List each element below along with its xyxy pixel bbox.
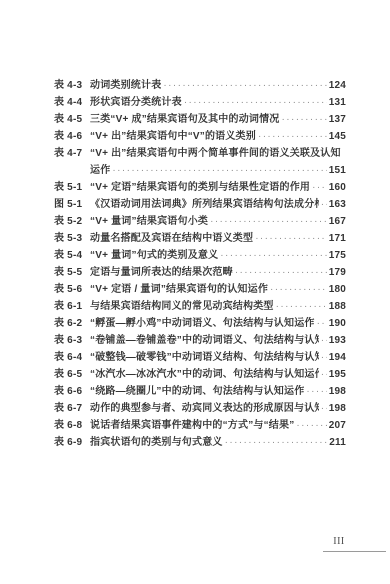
list-of-tables: 表 4-3动词类别统计表····························… — [54, 77, 346, 451]
entry-label: 表 5-2 — [54, 213, 90, 230]
toc-entry: 表 6-5“冰汽水—冰冰汽水”中的动词、句法结构与认知运作···········… — [54, 366, 346, 383]
dot-leader: ········································… — [321, 196, 327, 213]
dot-leader: ········································… — [163, 77, 326, 94]
entry-label: 表 4-7 — [54, 145, 90, 162]
toc-entry: 表 5-5定语与量词所表达的结果次范畴·····················… — [54, 264, 346, 281]
entry-title: “冰汽水—冰冰汽水”中的动词、句法结构与认知运作 — [90, 366, 319, 383]
page-number: III — [329, 536, 349, 547]
toc-entry: 表 5-3动量名搭配及宾语在结构中语义类型···················… — [54, 230, 346, 247]
entry-title: “V+ 出”结果宾语句中两个简单事件间的语义关联及认知 — [90, 145, 346, 162]
entry-title: “破整钱—破零钱”中动词语义结构、句法结构与认知运作 — [90, 349, 319, 366]
toc-entry: 表 4-3动词类别统计表····························… — [54, 77, 346, 94]
entry-body: “V+ 定语 / 量词”结果宾语句的认知运作··················… — [90, 281, 346, 298]
dot-leader: ········································… — [321, 332, 327, 349]
entry-page-number: 167 — [329, 213, 346, 230]
toc-entry: 表 6-4“破整钱—破零钱”中动词语义结构、句法结构与认知运作·········… — [54, 349, 346, 366]
entry-label: 表 6-1 — [54, 298, 90, 315]
dot-leader: ········································… — [225, 434, 328, 451]
entry-title: 《汉语动词用法词典》所列结果宾语结构句法成分构成 — [90, 196, 319, 213]
entry-page-number: 131 — [329, 94, 346, 111]
dot-leader: ········································… — [317, 315, 327, 332]
entry-title: “V+ 量词”结果宾语句小类 — [90, 213, 208, 230]
entry-title: “V+ 出”结果宾语句中“V”的语义类别 — [90, 128, 256, 145]
dot-leader: ········································… — [255, 230, 327, 247]
dot-leader: ········································… — [296, 417, 326, 434]
footer-rule — [323, 551, 386, 552]
entry-body: “卷铺盖—卷铺盖卷”中的动词语义、句法结构与认知运作··············… — [90, 332, 346, 349]
entry-page-number: 190 — [329, 315, 346, 332]
entry-title: 动作的典型参与者、动宾同义表达的形成原因与认知运作 — [90, 400, 319, 417]
entry-page-number: 124 — [329, 77, 346, 94]
entry-title: 与结果宾语结构同义的常见动宾结构类型 — [90, 298, 274, 315]
toc-entry: 表 6-7动作的典型参与者、动宾同义表达的形成原因与认知运作··········… — [54, 400, 346, 417]
entry-label: 图 5-1 — [54, 196, 90, 213]
entry-label: 表 4-3 — [54, 77, 90, 94]
entry-page-number: 151 — [329, 162, 346, 179]
dot-leader: ········································… — [282, 111, 327, 128]
entry-title: “V+ 量词”句式的类别及意义 — [90, 247, 218, 264]
entry-page-number: 195 — [329, 366, 346, 383]
toc-entry: 图 5-1《汉语动词用法词典》所列结果宾语结构句法成分构成···········… — [54, 196, 346, 213]
entry-body: “V+ 出”结果宾语句中“V”的语义类别····················… — [90, 128, 346, 145]
toc-entry: 表 5-6“V+ 定语 / 量词”结果宾语句的认知运作·············… — [54, 281, 346, 298]
dot-leader: ········································… — [220, 247, 326, 264]
entry-body: “绕路—绕圈儿”中的动词、句法结构与认知运作··················… — [90, 383, 346, 400]
entry-page-number: 163 — [329, 196, 346, 213]
entry-label: 表 6-7 — [54, 400, 90, 417]
entry-label: 表 6-4 — [54, 349, 90, 366]
entry-page-number: 175 — [329, 247, 346, 264]
entry-label: 表 4-5 — [54, 111, 90, 128]
entry-page-number: 145 — [329, 128, 346, 145]
entry-body: 定语与量词所表达的结果次范畴··························… — [90, 264, 346, 281]
entry-title: 指宾状语句的类别与句式意义 — [90, 434, 223, 451]
toc-entry: 表 6-2“孵蛋—孵小鸡”中动词语义、句法结构与认知运作············… — [54, 315, 346, 332]
dot-leader: ········································… — [321, 349, 327, 366]
entry-label: 表 5-6 — [54, 281, 90, 298]
dot-leader: ········································… — [235, 264, 327, 281]
entry-title: “绕路—绕圈儿”中的动词、句法结构与认知运作 — [90, 383, 304, 400]
entry-page-number: 198 — [329, 400, 346, 417]
dot-leader: ········································… — [321, 400, 327, 417]
entry-page-number: 211 — [329, 434, 346, 451]
toc-entry: 表 4-7“V+ 出”结果宾语句中两个简单事件间的语义关联及认知运作······… — [54, 145, 346, 179]
entry-body: 动词类别统计表·································… — [90, 77, 346, 94]
entry-title: “V+ 定语 / 量词”结果宾语句的认知运作 — [90, 281, 268, 298]
entry-label: 表 6-5 — [54, 366, 90, 383]
entry-body: 动作的典型参与者、动宾同义表达的形成原因与认知运作···············… — [90, 400, 346, 417]
dot-leader: ········································… — [312, 179, 327, 196]
entry-title: 动量名搭配及宾语在结构中语义类型 — [90, 230, 253, 247]
entry-body: 三类“V+ 成”结果宾语句及其中的动词情况···················… — [90, 111, 346, 128]
entry-label: 表 6-2 — [54, 315, 90, 332]
entry-page-number: 137 — [329, 111, 346, 128]
entry-title: 形状宾语分类统计表 — [90, 94, 182, 111]
entry-page-number: 188 — [329, 298, 346, 315]
entry-page-number: 180 — [329, 281, 346, 298]
entry-label: 表 5-3 — [54, 230, 90, 247]
toc-entry: 表 6-1与结果宾语结构同义的常见动宾结构类型·················… — [54, 298, 346, 315]
entry-body: “孵蛋—孵小鸡”中动词语义、句法结构与认知运作·················… — [90, 315, 346, 332]
entry-page-number: 198 — [329, 383, 346, 400]
toc-entry: 表 6-6“绕路—绕圈儿”中的动词、句法结构与认知运作·············… — [54, 383, 346, 400]
scanned-book-page: 表 4-3动词类别统计表····························… — [0, 0, 390, 584]
entry-page-number: 179 — [329, 264, 346, 281]
entry-title: “卷铺盖—卷铺盖卷”中的动词语义、句法结构与认知运作 — [90, 332, 319, 349]
entry-label: 表 4-6 — [54, 128, 90, 145]
entry-label: 表 5-1 — [54, 179, 90, 196]
dot-leader: ········································… — [321, 366, 327, 383]
entry-label: 表 5-5 — [54, 264, 90, 281]
dot-leader: ········································… — [270, 281, 327, 298]
dot-leader: ········································… — [184, 94, 327, 111]
entry-body: “冰汽水—冰冰汽水”中的动词、句法结构与认知运作················… — [90, 366, 346, 383]
entry-title: “孵蛋—孵小鸡”中动词语义、句法结构与认知运作 — [90, 315, 315, 332]
entry-body: 指宾状语句的类别与句式意义···························… — [90, 434, 346, 451]
entry-label: 表 5-4 — [54, 247, 90, 264]
toc-entry: 表 4-5三类“V+ 成”结果宾语句及其中的动词情况··············… — [54, 111, 346, 128]
entry-body: 形状宾语分类统计表·······························… — [90, 94, 346, 111]
entry-body: 说话者结果宾语事件建构中的“方式”与“结果”··················… — [90, 417, 346, 434]
entry-body: “V+ 定语”结果宾语句的类别与结果性定语的作用················… — [90, 179, 346, 196]
entry-label: 表 6-6 — [54, 383, 90, 400]
entry-label: 表 6-3 — [54, 332, 90, 349]
entry-page-number: 194 — [329, 349, 346, 366]
entry-title: 说话者结果宾语事件建构中的“方式”与“结果” — [90, 417, 294, 434]
entry-body: 动量名搭配及宾语在结构中语义类型························… — [90, 230, 346, 247]
toc-entry: 表 6-9指宾状语句的类别与句式意义······················… — [54, 434, 346, 451]
toc-entry: 表 4-4形状宾语分类统计表··························… — [54, 94, 346, 111]
dot-leader: ········································… — [276, 298, 327, 315]
toc-entry: 表 5-4“V+ 量词”句式的类别及意义····················… — [54, 247, 346, 264]
entry-body: 《汉语动词用法词典》所列结果宾语结构句法成分构成················… — [90, 196, 346, 213]
entry-page-number: 171 — [329, 230, 346, 247]
entry-title: 动词类别统计表 — [90, 77, 161, 94]
entry-body: “V+ 出”结果宾语句中两个简单事件间的语义关联及认知运作···········… — [90, 145, 346, 179]
dot-leader: ········································… — [210, 213, 327, 230]
toc-entry: 表 6-3“卷铺盖—卷铺盖卷”中的动词语义、句法结构与认知运作·········… — [54, 332, 346, 349]
toc-entry: 表 5-2“V+ 量词”结果宾语句小类·····················… — [54, 213, 346, 230]
dot-leader: ········································… — [112, 162, 326, 179]
entry-label: 表 6-9 — [54, 434, 90, 451]
toc-entry: 表 4-6“V+ 出”结果宾语句中“V”的语义类别···············… — [54, 128, 346, 145]
entry-body: “V+ 量词”结果宾语句小类··························… — [90, 213, 346, 230]
toc-entry: 表 6-8说话者结果宾语事件建构中的“方式”与“结果”·············… — [54, 417, 346, 434]
entry-title: 三类“V+ 成”结果宾语句及其中的动词情况 — [90, 111, 280, 128]
dot-leader: ········································… — [258, 128, 327, 145]
entry-title-continuation: 运作 — [90, 162, 110, 179]
entry-page-number: 207 — [329, 417, 346, 434]
entry-label: 表 6-8 — [54, 417, 90, 434]
entry-body: “V+ 量词”句式的类别及意义·························… — [90, 247, 346, 264]
entry-label: 表 4-4 — [54, 94, 90, 111]
entry-page-number: 193 — [329, 332, 346, 349]
entry-body: “破整钱—破零钱”中动词语义结构、句法结构与认知运作··············… — [90, 349, 346, 366]
dot-leader: ········································… — [306, 383, 326, 400]
entry-body: 与结果宾语结构同义的常见动宾结构类型······················… — [90, 298, 346, 315]
toc-entry: 表 5-1“V+ 定语”结果宾语句的类别与结果性定语的作用···········… — [54, 179, 346, 196]
entry-page-number: 160 — [329, 179, 346, 196]
entry-title: “V+ 定语”结果宾语句的类别与结果性定语的作用 — [90, 179, 310, 196]
entry-title: 定语与量词所表达的结果次范畴 — [90, 264, 233, 281]
